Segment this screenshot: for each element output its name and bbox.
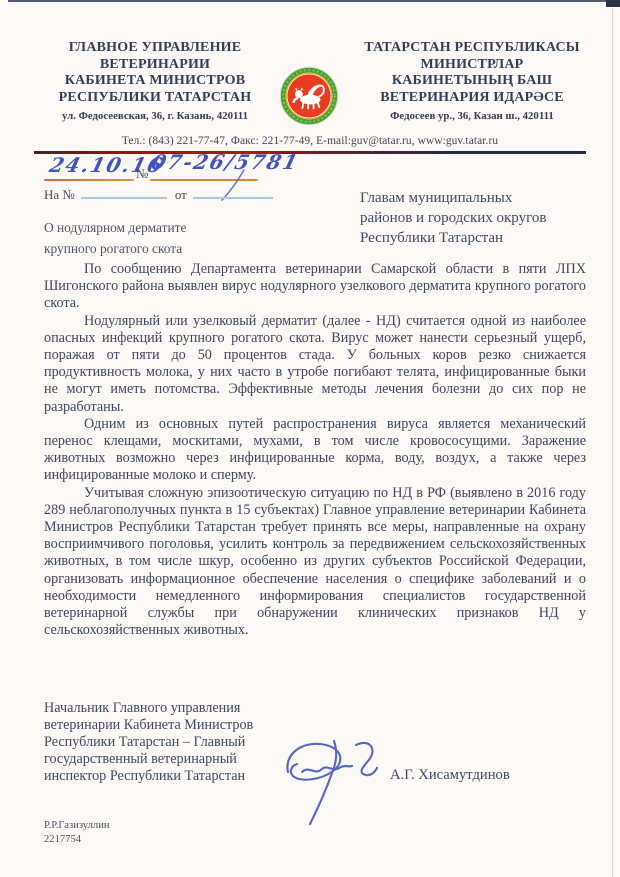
org-name-line: ВЕТЕРИНАРИЯ ИДАРӘСЕ bbox=[348, 90, 596, 107]
addressee-line: Республики Татарстан bbox=[360, 229, 592, 249]
body-paragraph: Одним из основных путей распространения … bbox=[44, 416, 586, 485]
signer-name: А.Г. Хисамутдинов bbox=[390, 767, 510, 784]
reply-prefix-label: На № bbox=[44, 187, 75, 202]
reply-from-label: от bbox=[175, 187, 187, 202]
org-name-line: КАБИНЕТА МИНИСТРОВ bbox=[38, 73, 272, 90]
signer-position-line: Республики Татарстан – Главный bbox=[44, 734, 294, 751]
org-address-tatar: Федосеев ур., 36, Казан ш., 420111 bbox=[348, 108, 596, 125]
body-paragraph: Нодулярный или узелковый дерматит (далее… bbox=[44, 313, 586, 416]
body-paragraph: По сообщению Департамента ветеринарии Са… bbox=[44, 261, 586, 313]
reply-date-blank bbox=[193, 185, 273, 199]
signer-position-block: Начальник Главного управления ветеринари… bbox=[44, 700, 294, 785]
body-paragraph: Учитывая сложную эпизоотическую ситуацию… bbox=[44, 485, 586, 640]
signer-position-line: ветеринарии Кабинета Министров bbox=[44, 717, 294, 734]
number-sign-label: № bbox=[136, 166, 148, 182]
org-name-line: РЕСПУБЛИКИ ТАТАРСТАН bbox=[38, 90, 272, 107]
signer-position-line: инспектор Республики Татарстан bbox=[44, 768, 294, 785]
executor-block: Р.Р.Газизуллин 2217754 bbox=[44, 819, 110, 846]
contact-line: Тел.: (843) 221-77-47, Факс: 221-77-49, … bbox=[0, 135, 620, 147]
scan-corner-artifact bbox=[606, 0, 620, 7]
org-address-russian: ул. Федосеевская, 36, г. Казань, 420111 bbox=[38, 108, 272, 125]
addressee-line: районов и городских округов bbox=[360, 209, 592, 229]
org-name-russian: ГЛАВНОЕ УПРАВЛЕНИЕ ВЕТЕРИНАРИИ КАБИНЕТА … bbox=[38, 40, 272, 125]
reply-reference-row: На №от bbox=[44, 185, 273, 203]
subject-block: О нодулярном дерматите крупного рогатого… bbox=[44, 217, 264, 259]
tatarstan-emblem-icon bbox=[279, 66, 339, 126]
subject-line: крупного рогатого скота bbox=[44, 238, 264, 259]
reply-number-blank bbox=[81, 185, 167, 199]
handwritten-signature bbox=[278, 736, 396, 828]
scan-edge-artifact-top bbox=[8, 0, 620, 2]
org-name-line: ВЕТЕРИНАРИИ bbox=[38, 57, 272, 74]
subject-line: О нодулярном дерматите bbox=[44, 217, 264, 238]
signer-position-line: государственный ветеринарный bbox=[44, 751, 294, 768]
org-name-line: ТАТАРСТАН РЕСПУБЛИКАСЫ bbox=[348, 40, 596, 57]
addressee-line: Главам муниципальных bbox=[360, 189, 592, 209]
date-underline bbox=[44, 179, 134, 181]
scanned-letter-page: ГЛАВНОЕ УПРАВЛЕНИЕ ВЕТЕРИНАРИИ КАБИНЕТА … bbox=[0, 0, 620, 877]
letter-body: По сообщению Департамента ветеринарии Са… bbox=[44, 261, 586, 639]
org-name-line: КАБИНЕТЫНЫҢ БАШ bbox=[348, 73, 596, 90]
signer-position-line: Начальник Главного управления bbox=[44, 700, 294, 717]
org-name-line: МИНИСТРЛАР bbox=[348, 57, 596, 74]
number-underline bbox=[150, 179, 258, 181]
org-name-line: ГЛАВНОЕ УПРАВЛЕНИЕ bbox=[38, 40, 272, 57]
org-name-tatar: ТАТАРСТАН РЕСПУБЛИКАСЫ МИНИСТРЛАР КАБИНЕ… bbox=[348, 40, 596, 125]
handwritten-outgoing-number: 07-26/5781 bbox=[152, 150, 299, 175]
addressee-block: Главам муниципальных районов и городских… bbox=[360, 189, 592, 248]
executor-name: Р.Р.Газизуллин bbox=[44, 819, 110, 833]
executor-phone: 2217754 bbox=[44, 833, 110, 847]
